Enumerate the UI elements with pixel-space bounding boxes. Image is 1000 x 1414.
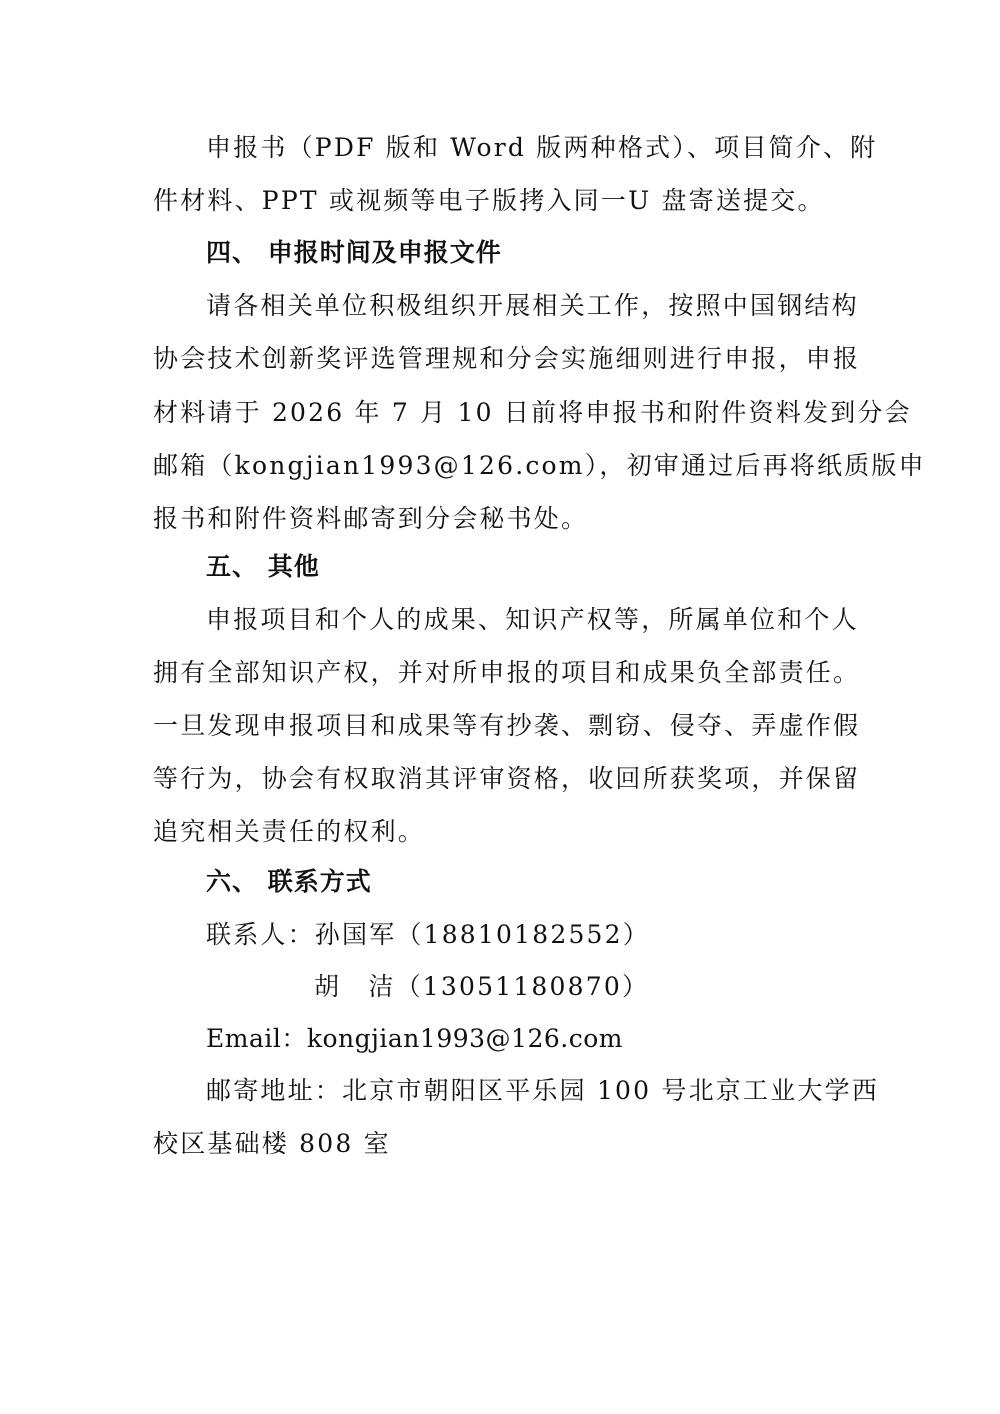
paragraph-line: 追究相关责任的权利。 <box>153 817 853 847</box>
paragraph-line: 报书和附件资料邮寄到分会秘书处。 <box>153 504 853 534</box>
paragraph-line: 材料请于 2026 年 7 月 10 日前将申报书和附件资料发到分会 <box>153 398 853 428</box>
paragraph-line: 件材料、PPT 或视频等电子版拷入同一U 盘寄送提交。 <box>153 186 853 216</box>
contact-person-2: 胡 洁（13051180870） <box>314 972 1000 1002</box>
paragraph-line: 等行为，协会有权取消其评审资格，收回所获奖项，并保留 <box>153 764 853 794</box>
section-heading-4: 四、 申报时间及申报文件 <box>206 238 906 268</box>
paragraph-line: 申报项目和个人的成果、知识产权等，所属单位和个人 <box>206 605 906 635</box>
mailing-address-line: 校区基础楼 808 室 <box>153 1129 853 1159</box>
paragraph-line: 请各相关单位积极组织开展相关工作，按照中国钢结构 <box>206 291 906 321</box>
paragraph-line: 邮箱（kongjian1993@126.com），初审通过后再将纸质版申 <box>153 451 853 481</box>
document-page: 申报书（PDF 版和 Word 版两种格式）、项目简介、附 件材料、PPT 或视… <box>0 0 1000 1414</box>
paragraph-line: 一旦发现申报项目和成果等有抄袭、剽窃、侵夺、弄虚作假 <box>153 711 853 741</box>
contact-person-1: 联系人：孙国军（18810182552） <box>206 920 906 950</box>
mailing-address-line: 邮寄地址：北京市朝阳区平乐园 100 号北京工业大学西 <box>206 1076 906 1106</box>
paragraph-line: 协会技术创新奖评选管理规和分会实施细则进行申报，申报 <box>153 344 853 374</box>
section-heading-6: 六、 联系方式 <box>206 867 906 897</box>
paragraph-line: 申报书（PDF 版和 Word 版两种格式）、项目简介、附 <box>206 133 906 163</box>
paragraph-line: 拥有全部知识产权，并对所申报的项目和成果负全部责任。 <box>153 658 853 688</box>
section-heading-5: 五、 其他 <box>206 552 906 582</box>
contact-email: Email：kongjian1993@126.com <box>206 1024 906 1054</box>
